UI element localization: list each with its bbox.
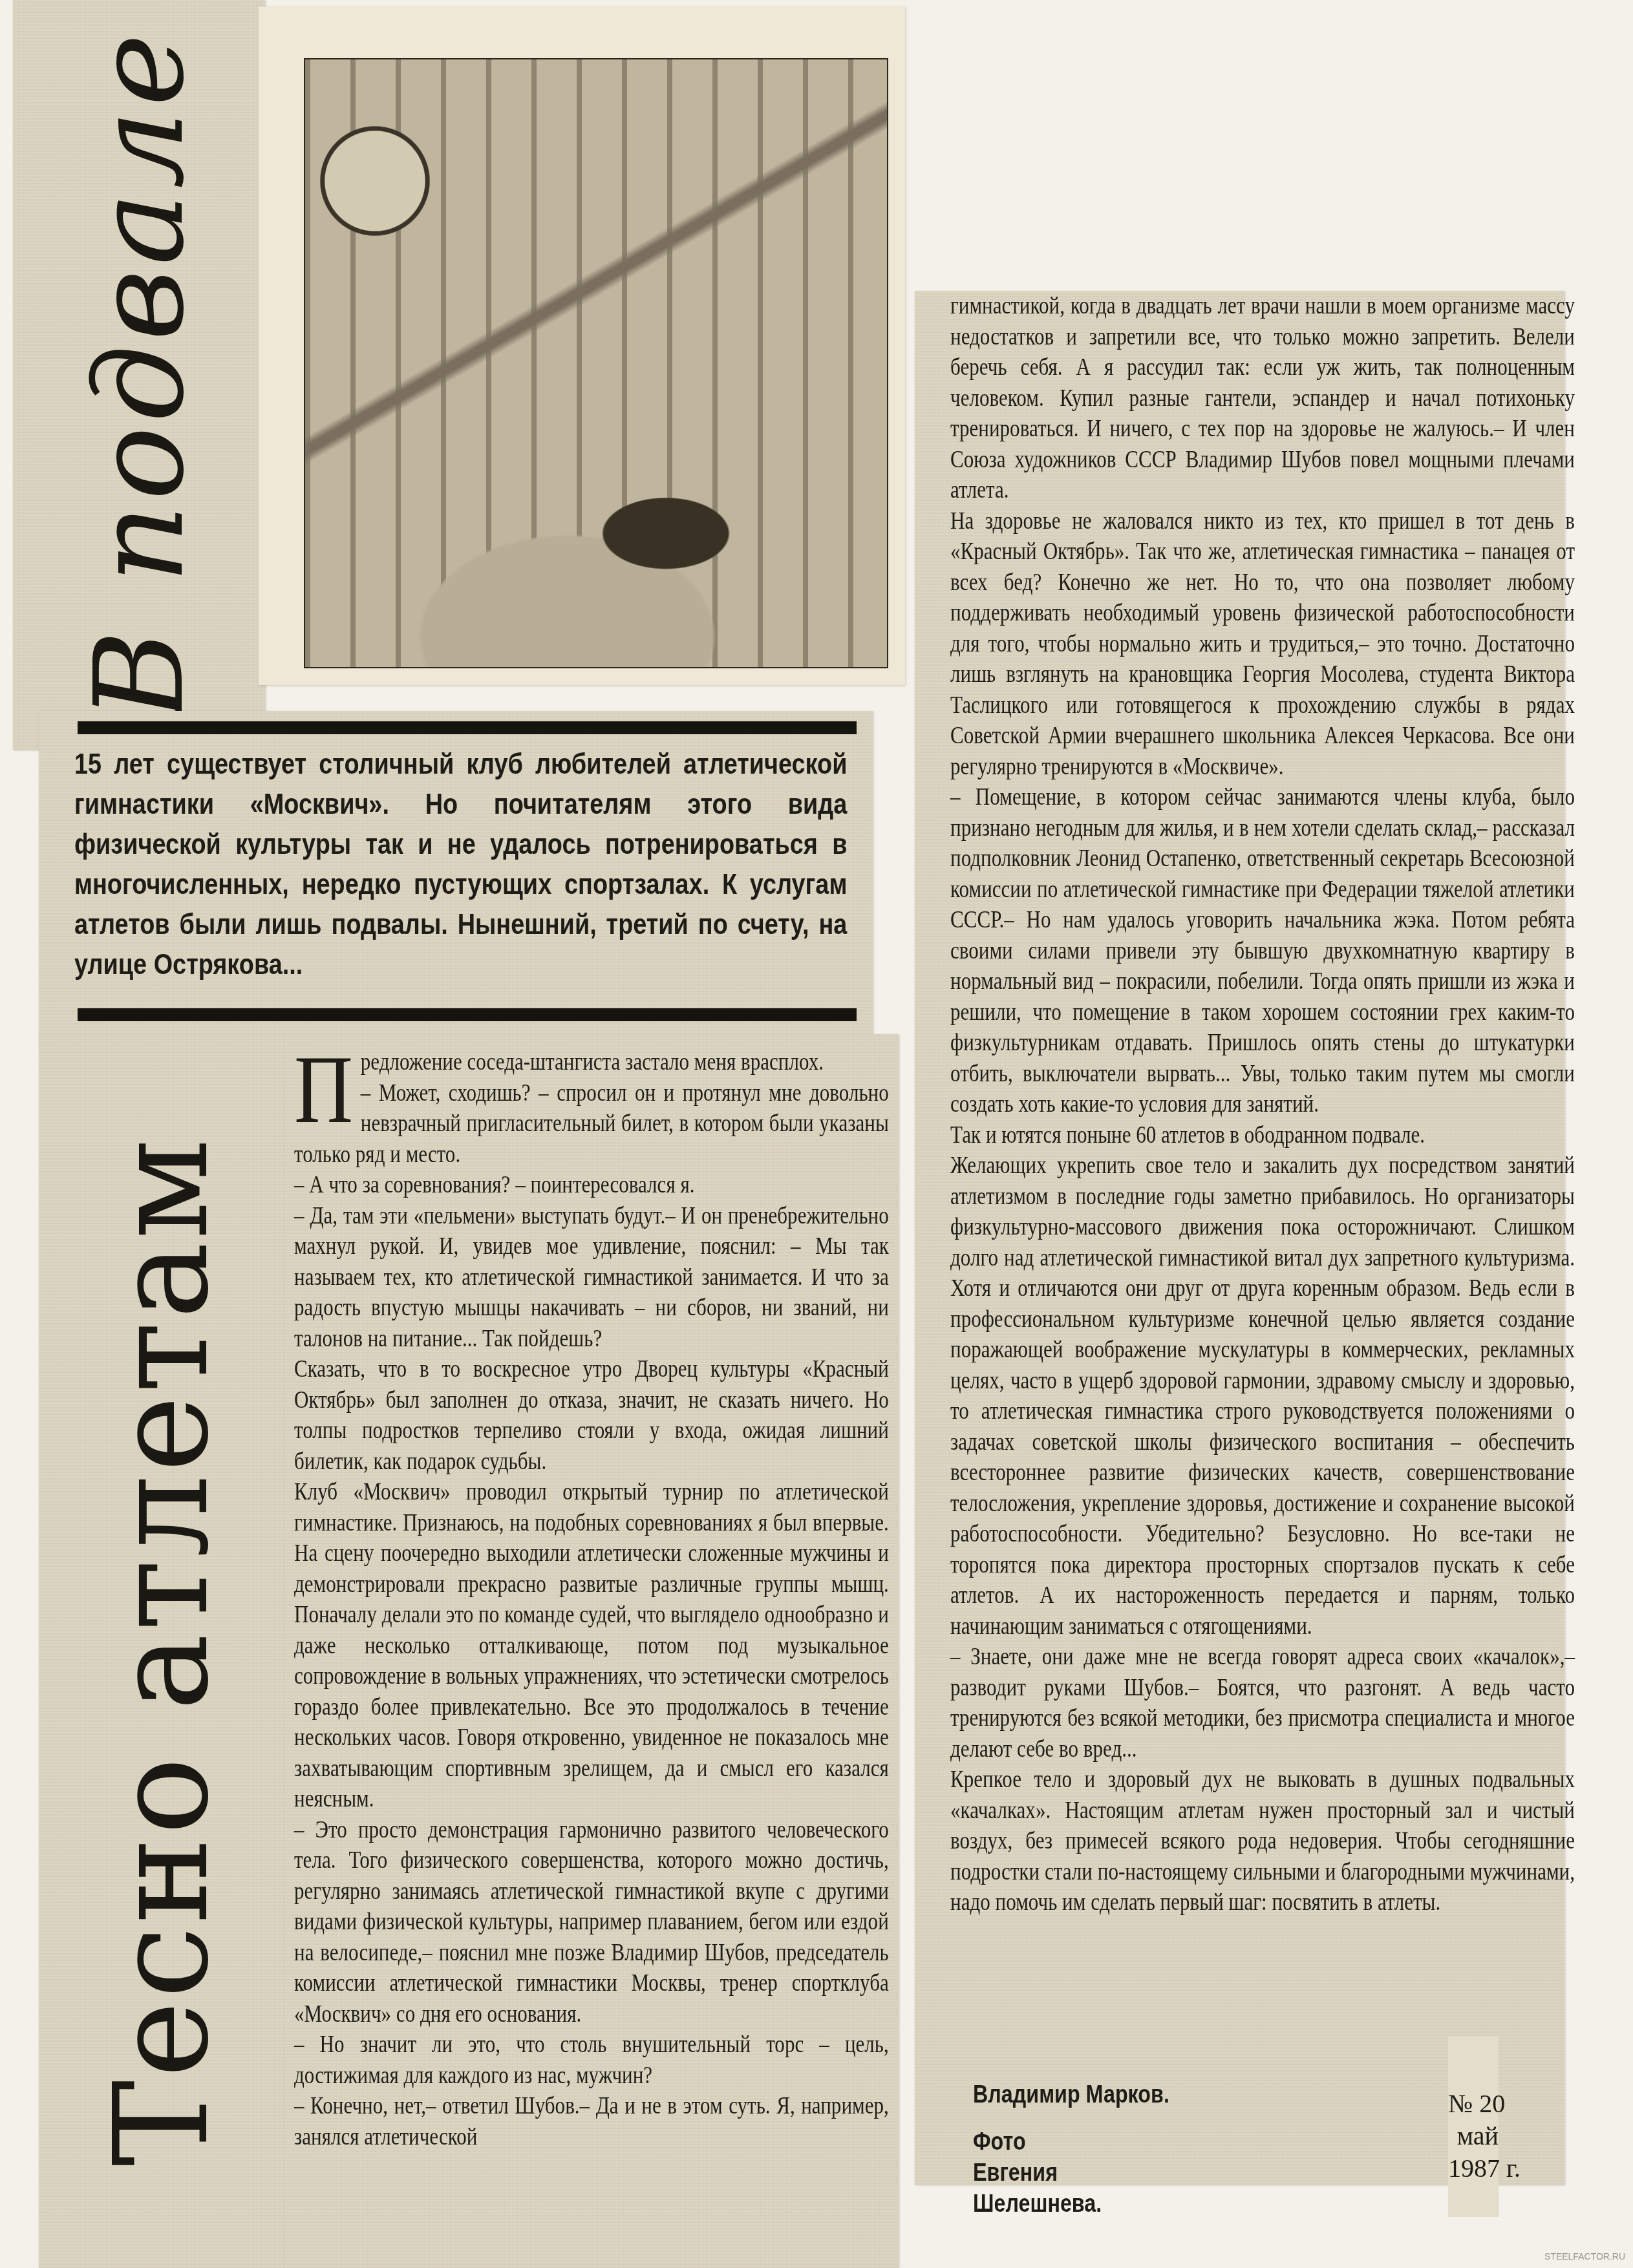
rule-bottom: [78, 1008, 857, 1021]
watermark: STEELFACTOR.RU: [1544, 2251, 1625, 2262]
photo-clipping: [259, 6, 905, 685]
paragraph: – Да, там эти «пельмени» выступать будут…: [294, 1201, 889, 1355]
photo-credit-line: Фото: [973, 2126, 1102, 2157]
left-column-text: П редложение соседа-штангиста застало ме…: [294, 1047, 889, 2152]
issue-month: май: [1448, 2120, 1499, 2152]
headline-part-1: В подвале: [68, 30, 211, 720]
paragraph: – Помещение, в котором сейчас занимаются…: [950, 782, 1575, 1120]
issue-number: № 20: [1448, 2088, 1499, 2120]
right-column-text: гимнастикой, когда в двадцать лет врачи …: [950, 291, 1575, 1918]
headline-strip-top: В подвале: [13, 0, 265, 750]
paragraph: – Это просто демонстрация гармонично раз…: [294, 1815, 889, 2030]
paragraph: Клуб «Москвич» проводил открытый турнир …: [294, 1477, 889, 1815]
paragraph: На здоровье не жаловался никто из тех, к…: [950, 506, 1575, 783]
dropcap: П: [294, 1051, 353, 1129]
lede-clipping: 15 лет существует столичный клуб любител…: [39, 711, 873, 1047]
paragraph: Желающих укрепить свое тело и закалить д…: [950, 1150, 1575, 1642]
headline-part-2: Тесно атлетам: [87, 1136, 237, 2167]
paragraph: – Но значит ли это, что столь внушительн…: [294, 2030, 889, 2091]
paragraph: – А что за соревнования? – поинтересовал…: [294, 1170, 889, 1201]
athlete-photo: [304, 58, 888, 668]
left-column-clipping: П редложение соседа-штангиста застало ме…: [284, 1034, 899, 2268]
paragraph: – Может, сходишь? – спросил он и протяну…: [294, 1078, 889, 1171]
issue-tag: № 20 май 1987 г.: [1448, 2036, 1499, 2217]
rule-top: [78, 721, 857, 734]
paragraph: – Конечно, нет,– ответил Шубов.– Да и не…: [294, 2091, 889, 2152]
photo-credit-line: Евгения: [973, 2157, 1102, 2189]
right-column-clipping: гимнастикой, когда в двадцать лет врачи …: [915, 291, 1564, 2185]
headline-strip-bottom: Тесно атлетам: [39, 1034, 284, 2268]
author-byline: Владимир Марков.: [973, 2081, 1169, 2109]
issue-year: 1987 г.: [1448, 2152, 1499, 2185]
lede-text: 15 лет существует столичный клуб любител…: [74, 745, 847, 985]
paragraph: Крепкое тело и здоровый дух не выковать …: [950, 1765, 1575, 1918]
paragraph: гимнастикой, когда в двадцать лет врачи …: [950, 291, 1575, 506]
photo-credit: Фото Евгения Шелешнева.: [973, 2126, 1102, 2220]
paragraph: редложение соседа-штангиста застало меня…: [294, 1047, 889, 1078]
paragraph: Так и ютятся поныне 60 атлетов в ободран…: [950, 1120, 1575, 1151]
paragraph: Сказать, что в то воскресное утро Дворец…: [294, 1354, 889, 1477]
photo-credit-line: Шелешнева.: [973, 2189, 1102, 2220]
paragraph: – Знаете, они даже мне не всегда говорят…: [950, 1642, 1575, 1765]
